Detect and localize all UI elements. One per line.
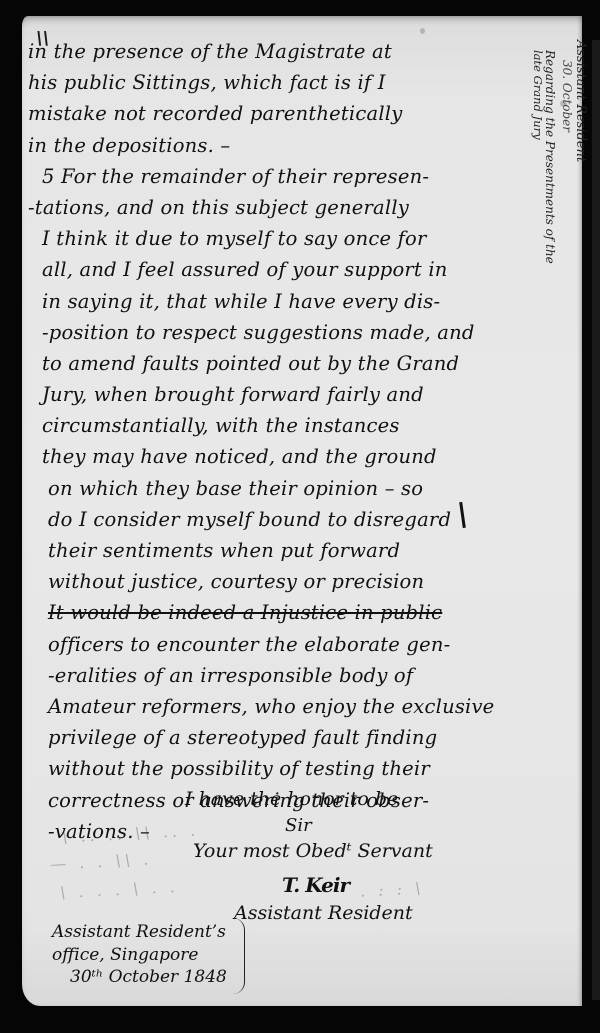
body-line: their sentiments when put forward: [28, 535, 528, 566]
place-line-1: Assistant Resident’s: [52, 922, 226, 942]
body-line: officers to encounter the elaborate gen-: [28, 629, 528, 660]
body-line: Jury, when brought forward fairly and: [28, 379, 528, 410]
signatory-title: Assistant Resident: [234, 902, 413, 924]
body-line: all, and I feel assured of your support …: [28, 254, 528, 285]
body-line: his public Sittings, which fact is if I: [28, 67, 528, 98]
body-line: to amend faults pointed out by the Grand: [28, 348, 528, 379]
body-line: mistake not recorded parenthetically: [28, 98, 528, 129]
margin-note-subject: Regarding the Presentments of the: [543, 50, 557, 264]
margin-note-subject-cont: late Grand Jury: [531, 50, 545, 140]
body-line: in saying it, that while I have every di…: [28, 286, 528, 317]
closing-salutation: Sir: [285, 815, 312, 836]
body-line: -tations, and on this subject generally: [28, 192, 528, 223]
body-line: circumstantially, with the instances: [28, 410, 528, 441]
place-line-2: office, Singapore: [52, 945, 198, 965]
body-line: in the presence of the Magistrate at: [28, 36, 528, 67]
body-line: without the possibility of testing their: [28, 753, 528, 784]
closing-servant-line: Your most Obedᵗ Servant: [193, 840, 433, 862]
body-line: Amateur reformers, who enjoy the exclusi…: [28, 691, 528, 722]
body-line: I think it due to myself to say once for: [28, 223, 528, 254]
margin-note-date: 30. October: [560, 60, 574, 132]
date-line: 30ᵗʰ October 1848: [70, 967, 227, 987]
body-line: -position to respect suggestions made, a…: [28, 317, 528, 348]
scan-edge-strip: [592, 40, 600, 1000]
body-line: in the depositions. –: [28, 130, 528, 161]
body-line: do I consider myself bound to disregard: [28, 504, 528, 535]
signature: T. Keir: [282, 873, 349, 897]
margin-note-sender: Assistant Resident: [573, 40, 588, 162]
body-line: without justice, courtesy or precision: [28, 566, 528, 597]
closing-honor-line: I have the honor to be: [185, 788, 398, 810]
ink-bleed-through: . : : \: [360, 878, 425, 900]
letter-body: in the presence of the Magistrate at his…: [28, 36, 528, 847]
body-line-paragraph-5: 5 For the remainder of their represen-: [28, 161, 528, 192]
curly-brace-mark: [232, 918, 245, 994]
body-line-struck: It would be indeed a Injustice in public: [28, 597, 528, 628]
paper-speck: [420, 28, 425, 34]
body-line: on which they base their opinion – so: [28, 473, 528, 504]
body-line: they may have noticed, and the ground: [28, 441, 528, 472]
body-line: privilege of a stereotyped fault finding: [28, 722, 528, 753]
body-line: -eralities of an irresponsible body of: [28, 660, 528, 691]
